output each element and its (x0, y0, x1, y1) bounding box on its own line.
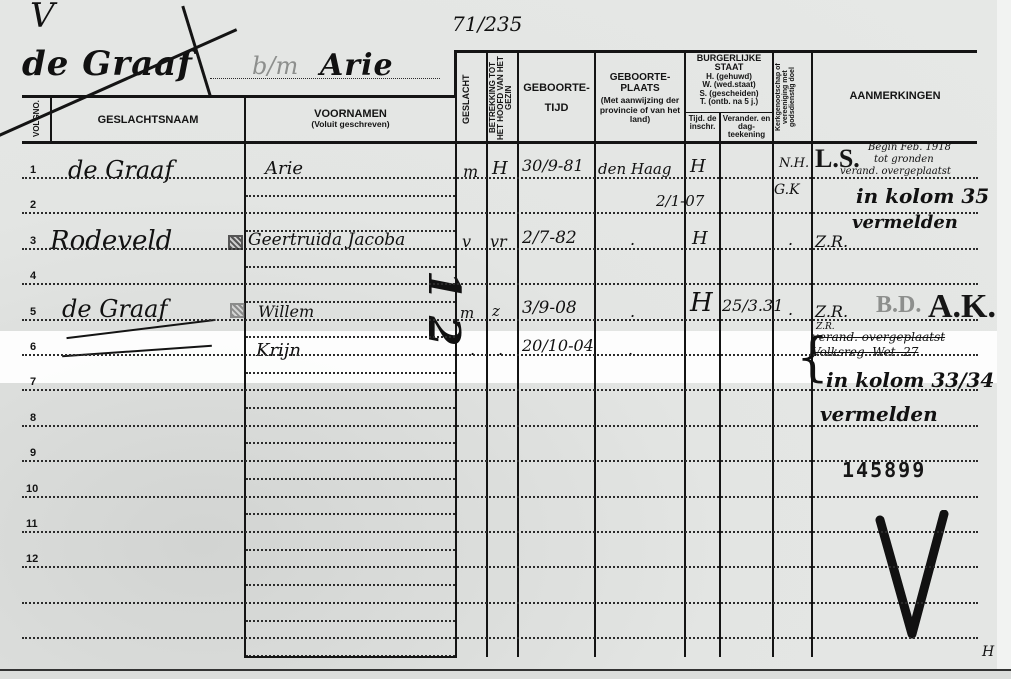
row4-sex: . (470, 340, 475, 359)
row-number: 10 (26, 483, 38, 495)
row1-religion-note: G.K (774, 182, 800, 198)
header-aanmerkingen: AANMERKINGEN (813, 90, 977, 102)
row2-civil-status: H (692, 228, 708, 249)
row-number: 9 (30, 447, 36, 459)
header-volgno: VOLGNO. (33, 100, 41, 138)
big-check-mark (870, 510, 960, 640)
voornamen-sub-line (246, 407, 455, 409)
header-geslacht: GESLACHT (462, 60, 471, 138)
row2-religion: . (788, 230, 793, 249)
registration-card: V 71/235 de Graaf b/m Arie VOLGNO. GESLA… (0, 0, 1011, 679)
row1-civil-status: H (690, 156, 706, 177)
header-geboorteplaats-1: GEBOORTE- (596, 72, 684, 83)
row2-birth-place: . (630, 230, 635, 249)
header-geboorteplaats: GEBOORTE- PLAATS (Met aanwijzing der pro… (596, 72, 684, 125)
row2-birth-date: 2/7-82 (522, 228, 577, 248)
header-geboortetijd-2: TIJD (519, 102, 594, 114)
row-dotted-line (22, 354, 978, 356)
row3-marker-box (230, 303, 245, 318)
row-number: 5 (30, 306, 36, 318)
col-line-verander (719, 113, 721, 657)
voornamen-sub-line (246, 584, 455, 586)
row-dotted-line (22, 637, 978, 639)
row2-given: Geertruida Jacoba (248, 230, 405, 250)
kolom-note-2: vermelden (852, 212, 958, 233)
head-surname: de Graaf (22, 44, 193, 84)
burgerlijke-sub-rule (684, 112, 773, 113)
row3-relation: z (492, 302, 500, 320)
header-geboorteplaats-2: PLAATS (596, 83, 684, 94)
row3-civil-date: 25/3.31 (722, 296, 783, 315)
header-voornamen-label: VOORNAMEN (314, 108, 387, 120)
row3-civil-status: H (690, 288, 713, 318)
row-dotted-line (22, 566, 978, 568)
row-dotted-line (22, 248, 978, 250)
row-number: 2 (30, 199, 36, 211)
head-name-dotline (210, 78, 440, 79)
row1-relation: H (492, 158, 508, 179)
voornamen-sub-line (246, 336, 455, 338)
header-betrekking: BETREKKING TOT HET HOOFD VAN HET GEZIN (489, 56, 515, 140)
header-kerkgenootschap: Kerkgenootschap of vereeniging met godsd… (775, 54, 810, 140)
header-voornamen: VOORNAMEN (Voluit geschreven) (246, 108, 455, 130)
row-number: 1 (30, 164, 36, 176)
row1-birth-date: 30/9-81 (522, 156, 584, 175)
header-geboortetijd: GEBOORTE- TIJD (519, 82, 594, 115)
voornamen-sub-line (246, 442, 455, 444)
header-geslachtsnaam: GESLACHTSNAAM (52, 114, 244, 126)
header-top-rule-left (22, 95, 457, 98)
row-dotted-line (22, 177, 978, 179)
voornamen-sub-line (246, 549, 455, 551)
row3-religion: . (788, 300, 793, 319)
row1-birth-place: den Haag (598, 160, 671, 178)
row3-birth-date: 3/9-08 (522, 298, 577, 318)
voornamen-sub-line (246, 372, 455, 374)
ls-note-3: verand. overgeplaatst (840, 166, 951, 177)
row-number: 3 (30, 235, 36, 247)
header-burgerlijke-staat: BURGERLIJKE STAAT H. (gehuwd) W. (wed.st… (686, 54, 772, 106)
row-dotted-line (22, 319, 978, 321)
voornamen-sub-line (246, 513, 455, 515)
voornamen-bottom-rule (244, 656, 457, 658)
header-verander: Verander. en dag-teekening (721, 115, 772, 139)
voornamen-sub-line (246, 266, 455, 268)
corner-initials: H (982, 644, 994, 660)
row2-surname: Rodeveld (50, 226, 172, 256)
row-dotted-line (22, 496, 978, 498)
row-dotted-line (22, 389, 978, 391)
row-dotted-line (22, 460, 978, 462)
ls-note-1: Begin Feb. 1918 (868, 142, 951, 153)
top-check-mark: V (30, 0, 55, 36)
voornamen-sub-line (246, 301, 455, 303)
row4-relation: . (498, 340, 503, 359)
file-number: 71/235 (452, 12, 522, 36)
voornamen-sub-line (246, 478, 455, 480)
card-right-edge (997, 0, 1011, 679)
header-voornamen-sub: (Voluit geschreven) (246, 120, 455, 130)
row4-note-2: verand. overgeplaatst (812, 330, 945, 344)
bracket-mark: { (796, 328, 829, 388)
row1-surname: de Graaf (68, 156, 173, 184)
kolom-note-1: in kolom 35 (856, 184, 989, 208)
card-bottom-edge (0, 669, 1011, 679)
row-dotted-line (22, 602, 978, 604)
row-number: 8 (30, 412, 36, 424)
header-geboorteplaats-sub: (Met aanwijzing der provincie of van het… (596, 96, 684, 125)
stamp-bd: B.D. (876, 292, 921, 319)
header-burgerlijke-t: T. (ontb. na 5 j.) (686, 98, 772, 106)
row-dotted-line (22, 283, 978, 285)
row4-given: Krijn (256, 340, 301, 361)
row-number: 6 (30, 341, 36, 353)
row4-birth-date: 20/10-04 (522, 336, 594, 355)
header-geboortetijd-1: GEBOORTE- (519, 82, 594, 94)
ls-note-2: tot gronden (874, 154, 934, 165)
col-line-voornamen (244, 97, 246, 657)
row-dotted-line (22, 212, 978, 214)
voornamen-sub-line (246, 230, 455, 232)
row1-given: Arie (265, 158, 303, 179)
row-number: 12 (26, 553, 38, 565)
row-dotted-line (22, 425, 978, 427)
header-tijd-inschr: Tijd. de inschr. (686, 115, 719, 131)
row-number: 11 (26, 518, 38, 530)
voornamen-sub-line (246, 195, 455, 197)
row-number: 4 (30, 270, 36, 282)
row-number: 7 (30, 376, 36, 388)
kolom-note-4: vermelden (820, 402, 938, 426)
row4-birth-place: . (628, 340, 633, 359)
voornamen-sub-line (246, 620, 455, 622)
row1-civil-date: 2/1-07 (656, 192, 704, 210)
row1-religion: N.H. (779, 156, 809, 171)
head-annotation: b/m (252, 52, 298, 80)
row-dotted-line (22, 531, 978, 533)
